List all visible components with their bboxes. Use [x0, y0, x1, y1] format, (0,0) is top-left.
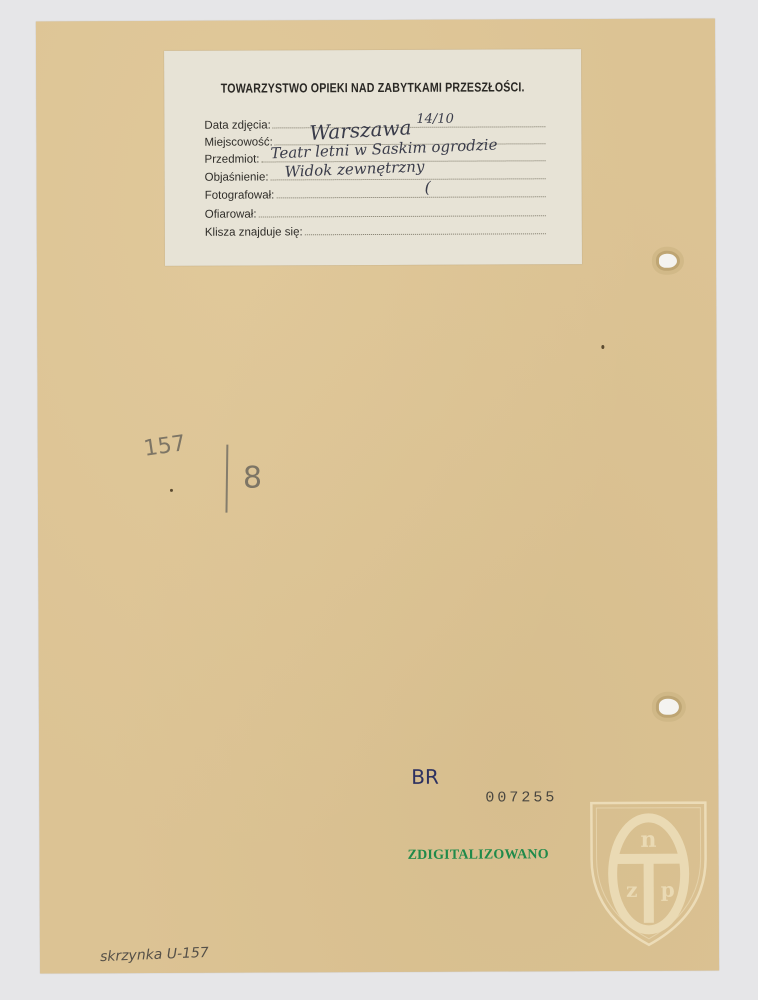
pencil-bottom-note: skrzynka U-157	[100, 945, 209, 965]
svg-text:n: n	[640, 827, 656, 853]
handwritten-date: 14/10	[416, 112, 454, 127]
pencil-divider-line	[225, 445, 228, 513]
document-page: TOWARZYSTWO OPIEKI NAD ZABYTKAMI PRZESZŁ…	[36, 19, 719, 974]
punch-hole-top	[659, 254, 677, 268]
field-klisza: Klisza znajduje się:	[205, 220, 546, 238]
card-title: TOWARZYSTWO OPIEKI NAD ZABYTKAMI PRZESZŁ…	[202, 79, 544, 95]
digitized-stamp: ZDIGITALIZOWANO	[408, 847, 549, 864]
handwritten-stroke: (	[425, 178, 431, 197]
initials-br: BR	[411, 765, 439, 789]
field-fotografowal: Fotografował:	[205, 183, 546, 201]
field-ofiarowal: Ofiarował:	[205, 202, 546, 220]
svg-text:z: z	[626, 878, 637, 902]
punch-hole-bottom	[659, 699, 679, 715]
label-card: TOWARZYSTWO OPIEKI NAD ZABYTKAMI PRZESZŁ…	[164, 49, 582, 266]
pencil-number-8: 8	[243, 461, 262, 496]
svg-text:p: p	[661, 878, 675, 902]
shield-emblem-icon: n z p	[587, 799, 710, 950]
inventory-number: 007255	[485, 789, 557, 806]
pencil-number-157: 157	[142, 431, 187, 462]
